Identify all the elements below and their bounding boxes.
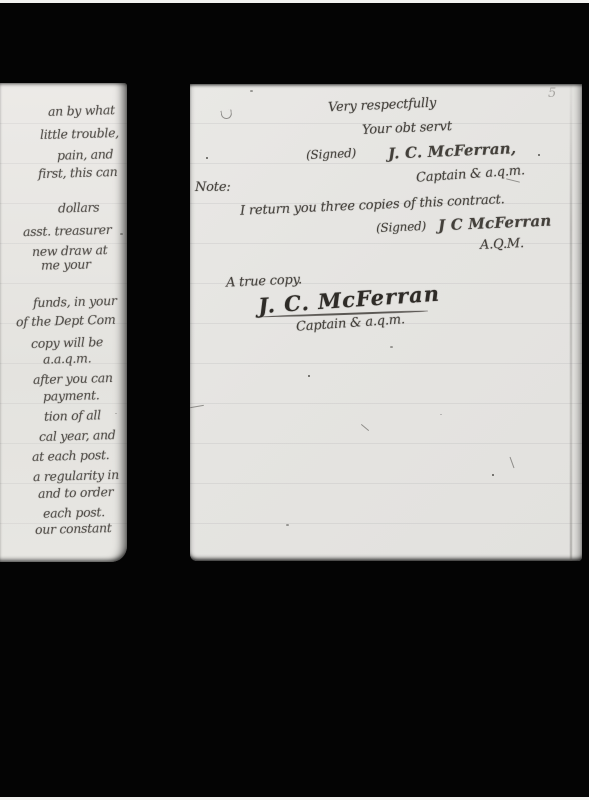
note-label: Note:	[195, 180, 231, 195]
page-number: 5	[548, 86, 556, 101]
signature: J. C. McFerran,	[388, 139, 517, 163]
signed-label: (Signed)	[306, 146, 357, 162]
cutoff-text-line: cal year, and	[38, 427, 115, 444]
cutoff-text-line: an by what	[48, 102, 115, 119]
paper-speck	[120, 233, 123, 235]
paper-speck	[538, 154, 540, 156]
paper-speck	[492, 474, 494, 476]
cutoff-text-line: copy will be	[31, 334, 103, 351]
signature-title: Captain & a.q.m.	[416, 163, 526, 186]
signature-title: A.Q.M.	[480, 236, 525, 253]
cutoff-text-line: little trouble,	[40, 125, 119, 142]
cutoff-text-line: funds, in your	[33, 293, 117, 310]
stray-mark	[361, 424, 369, 431]
closing-line-1: Very respectfully	[328, 96, 437, 116]
cutoff-text-line: and to order	[38, 484, 114, 501]
stray-mark	[190, 405, 204, 408]
main-page: 5 Very respectfully Your obt servt (Sign…	[190, 84, 582, 561]
stray-mark	[509, 457, 514, 469]
cutoff-text-line: me your	[41, 256, 91, 272]
cutoff-text-line: pain, and	[57, 146, 114, 162]
cutoff-text-line: after you can	[33, 370, 113, 387]
cutoff-text-line: our constant	[34, 520, 111, 537]
cutoff-text-line: first, this can	[37, 164, 117, 181]
cutoff-text-line: a regularity in	[33, 467, 119, 484]
paper-speck	[206, 157, 208, 159]
paper-speck	[286, 524, 289, 526]
cutoff-text-line: a.a.q.m.	[43, 350, 92, 366]
cutoff-text-line: of the Dept Com	[15, 312, 115, 330]
page-crease	[570, 84, 572, 561]
cutoff-text-line: asst. treasurer	[22, 222, 111, 239]
cutoff-text-line: each post.	[43, 504, 105, 521]
cutoff-text-line: tion of all	[44, 407, 101, 423]
left-partial-page: an by what little trouble, pain, and fir…	[0, 83, 127, 562]
paper-speck	[440, 414, 442, 415]
cutoff-text-line: payment.	[42, 387, 99, 403]
pencil-mark	[220, 109, 232, 119]
signed-label: (Signed)	[376, 219, 427, 235]
signature: J C McFerran	[438, 212, 552, 235]
cutoff-text-line: dollars	[58, 199, 100, 215]
scanned-document-page: an by what little trouble, pain, and fir…	[0, 0, 589, 800]
scan-edge-top	[0, 0, 589, 3]
paper-speck	[250, 90, 253, 92]
closing-line-2: Your obt servt	[362, 119, 452, 138]
paper-speck	[308, 375, 310, 377]
paper-speck	[390, 346, 393, 348]
true-copy-label: A true copy.	[226, 272, 303, 290]
cutoff-text-line: at each post.	[31, 447, 109, 464]
paper-speck	[115, 413, 117, 414]
